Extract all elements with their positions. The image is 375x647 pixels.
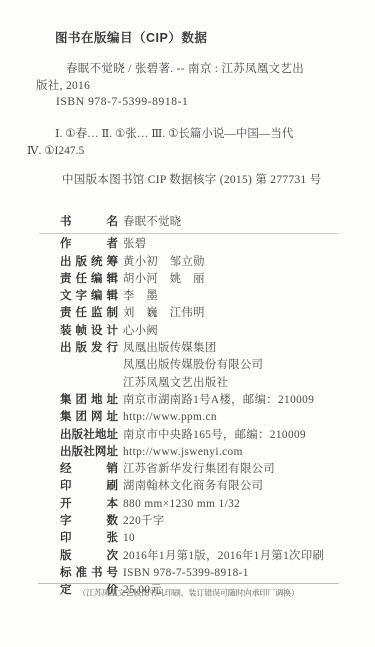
row-value-line: 刘 巍 江伟明 [123, 305, 339, 322]
row-value-line: 220千字 [123, 513, 339, 530]
row-label: 经销 [60, 461, 118, 478]
colophon-row: 责任编辑 胡小河 姚 丽 [60, 271, 339, 288]
row-value-line: http://www.jswenyi.com [123, 444, 339, 461]
colophon-row: 版次 2016年1月第1版，2016年1月第1次印刷 [60, 548, 339, 565]
row-label: 责任编辑 [60, 271, 118, 288]
row-value-line: 10 [123, 530, 339, 547]
row-values: http://www.ppm.cn [123, 409, 339, 426]
row-values: 湖南翰林文化商务有限公司 [123, 478, 339, 495]
cip-class-line1: Ⅰ. ①春… Ⅱ. ①张… Ⅲ. ①长篇小说—中国—当代 [27, 126, 347, 143]
row-values: 凤凰出版传媒集团凤凰出版传媒股份有限公司江苏凤凰文艺出版社 [123, 340, 339, 392]
footer-note-rule: （江苏凤凰文艺版图书凡印刷、装订错误可随时向承印厂调换） [38, 583, 339, 599]
row-value-line: 张碧 [123, 236, 339, 253]
colophon-row: 责任监制 刘 巍 江伟明 [60, 305, 339, 322]
colophon-row: 经销 江苏省新华发行集团有限公司 [60, 461, 339, 478]
row-label: 作者 [60, 236, 118, 253]
colophon-row: 出版社网址 http://www.jswenyi.com [60, 444, 339, 461]
colophon-row: 字数 220千字 [60, 513, 339, 530]
colophon-row: 印张 10 [60, 530, 339, 547]
cip-record-number: 中国版本图书馆 CIP 数据核字 (2015) 第 277731 号 [62, 171, 322, 187]
row-label: 文字编辑 [60, 288, 118, 305]
row-values: 张碧 [123, 236, 339, 253]
row-value-line: 凤凰出版传媒股份有限公司 [123, 357, 339, 374]
row-label: 印刷 [60, 478, 118, 495]
cip-entry-line1: 春眠不觉晓 / 张碧著. -- 南京 : 江苏凤凰文艺出 [36, 61, 341, 78]
colophon-row: 出版发行 凤凰出版传媒集团凤凰出版传媒股份有限公司江苏凤凰文艺出版社 [60, 340, 339, 392]
row-values: 黄小初 邹立勋 [123, 254, 339, 271]
row-values: 江苏省新华发行集团有限公司 [123, 461, 339, 478]
colophon-row: 出版统筹 黄小初 邹立勋 [60, 254, 339, 271]
row-values: 李 墨 [123, 288, 339, 305]
row-label: 集团地址 [60, 392, 118, 409]
colophon-row: 集团网址 http://www.ppm.cn [60, 409, 339, 426]
row-values: ISBN 978-7-5399-8918-1 [123, 565, 339, 582]
colophon-row: 开本 880 mm×1230 mm 1/32 [60, 496, 339, 513]
colophon-row: 文字编辑 李 墨 [60, 288, 339, 305]
row-value-line: 凤凰出版传媒集团 [123, 340, 339, 357]
row-values: 心小阙 [123, 323, 339, 340]
row-value-line: 南京市中央路165号，邮编：210009 [123, 427, 339, 444]
colophon-row: 标准书号 ISBN 978-7-5399-8918-1 [60, 565, 339, 582]
row-values: 880 mm×1230 mm 1/32 [123, 496, 339, 513]
cip-entry-line2: 版社, 2016 [36, 78, 341, 95]
footer-note: （江苏凤凰文艺版图书凡印刷、装订错误可随时向承印厂调换） [46, 587, 332, 598]
row-label: 集团网址 [60, 409, 118, 426]
cip-class-line2: Ⅳ. ①I247.5 [27, 143, 347, 160]
row-label: 印张 [60, 530, 118, 547]
row-values: 胡小河 姚 丽 [123, 271, 339, 288]
row-value-line: 春眠不觉晓 [123, 214, 339, 231]
row-values: 刘 巍 江伟明 [123, 305, 339, 322]
row-values: http://www.jswenyi.com [123, 444, 339, 461]
row-value-line: 心小阙 [123, 323, 339, 340]
row-value-line: 黄小初 邹立勋 [123, 254, 339, 271]
colophon-table: 书名 春眠不觉晓 作者 张碧 出版统筹 黄小初 邹立勋 责任编辑 胡小河 姚 丽… [60, 214, 339, 600]
row-label: 书名 [60, 214, 118, 231]
row-label: 开本 [60, 496, 118, 513]
row-label: 装帧设计 [60, 323, 118, 340]
title-row-divider [39, 233, 339, 234]
row-value-line: 江苏凤凰文艺出版社 [123, 375, 339, 392]
colophon-row: 集团地址 南京市湖南路1号A楼，邮编：210009 [60, 392, 339, 409]
row-value-line: 江苏省新华发行集团有限公司 [123, 461, 339, 478]
row-value-line: 李 墨 [123, 288, 339, 305]
row-value-line: 湖南翰林文化商务有限公司 [123, 478, 339, 495]
row-value-line: 胡小河 姚 丽 [123, 271, 339, 288]
row-values: 10 [123, 530, 339, 547]
row-value-line: 2016年1月第1版，2016年1月第1次印刷 [123, 548, 339, 565]
row-value-line: 880 mm×1230 mm 1/32 [123, 496, 339, 513]
row-value-line: 南京市湖南路1号A楼，邮编：210009 [123, 392, 339, 409]
row-label: 出版发行 [60, 340, 118, 357]
cip-isbn-line: ISBN 978-7-5399-8918-1 [36, 94, 341, 111]
cip-entry-block: 春眠不觉晓 / 张碧著. -- 南京 : 江苏凤凰文艺出 版社, 2016 IS… [36, 61, 341, 111]
copyright-page: 图书在版编目（CIP）数据 春眠不觉晓 / 张碧著. -- 南京 : 江苏凤凰文… [0, 0, 375, 647]
colophon-row: 印刷 湖南翰林文化商务有限公司 [60, 478, 339, 495]
row-label: 标准书号 [60, 565, 118, 582]
row-label: 出版统筹 [60, 254, 118, 271]
row-label: 出版社网址 [60, 444, 118, 461]
row-value-line: ISBN 978-7-5399-8918-1 [123, 565, 339, 582]
cip-heading: 图书在版编目（CIP）数据 [55, 28, 207, 46]
row-label: 字数 [60, 513, 118, 530]
row-label: 责任监制 [60, 305, 118, 322]
row-label: 版次 [60, 548, 118, 565]
row-values: 南京市中央路165号，邮编：210009 [123, 427, 339, 444]
colophon-row: 出版社地址 南京市中央路165号，邮编：210009 [60, 427, 339, 444]
colophon-row: 作者 张碧 [60, 236, 339, 253]
row-label: 出版社地址 [60, 427, 118, 444]
row-values: 220千字 [123, 513, 339, 530]
cip-classification-block: Ⅰ. ①春… Ⅱ. ①张… Ⅲ. ①长篇小说—中国—当代 Ⅳ. ①I247.5 [27, 126, 347, 160]
colophon-row: 装帧设计 心小阙 [60, 323, 339, 340]
colophon-row: 书名 春眠不觉晓 [60, 214, 339, 231]
row-value-line: http://www.ppm.cn [123, 409, 339, 426]
row-values: 2016年1月第1版，2016年1月第1次印刷 [123, 548, 339, 565]
row-values: 春眠不觉晓 [123, 214, 339, 231]
row-values: 南京市湖南路1号A楼，邮编：210009 [123, 392, 339, 409]
